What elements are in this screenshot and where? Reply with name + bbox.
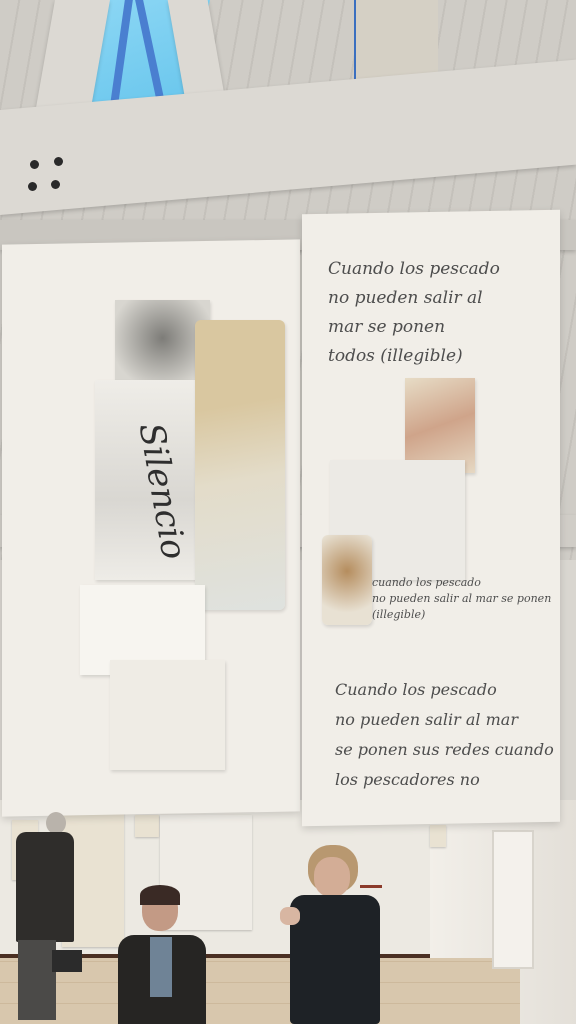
stained-sheet xyxy=(405,378,475,473)
wall-artwork xyxy=(135,815,159,837)
handwriting-top: Cuando los pescado no pueden salir al ma… xyxy=(328,255,528,371)
handwriting-bottom: Cuando los pescado no pueden salir al ma… xyxy=(335,675,545,795)
bolt xyxy=(51,180,60,189)
handwriting-middle: cuando los pescado no pueden salir al ma… xyxy=(372,575,522,623)
head xyxy=(46,812,66,834)
wall-panel-frame xyxy=(492,830,534,969)
bolt xyxy=(54,157,63,166)
bolt xyxy=(30,160,39,169)
wall-artwork xyxy=(430,825,446,847)
stained-sheet xyxy=(195,320,285,610)
visitor-man xyxy=(8,812,78,1024)
vertical-word: Silencio xyxy=(130,420,170,580)
jacket xyxy=(16,832,74,942)
visitor-legs xyxy=(52,950,82,972)
bolt xyxy=(28,182,37,191)
hands xyxy=(280,907,300,925)
visitor-woman-standing xyxy=(280,845,405,1024)
collage-sheet xyxy=(110,660,225,770)
visitor-woman-seated xyxy=(116,885,206,1024)
trousers xyxy=(18,940,56,1020)
face xyxy=(314,857,350,897)
dark-coat xyxy=(290,895,380,1024)
hair xyxy=(140,885,180,905)
stained-sheet xyxy=(322,535,372,625)
scarf xyxy=(150,937,172,997)
